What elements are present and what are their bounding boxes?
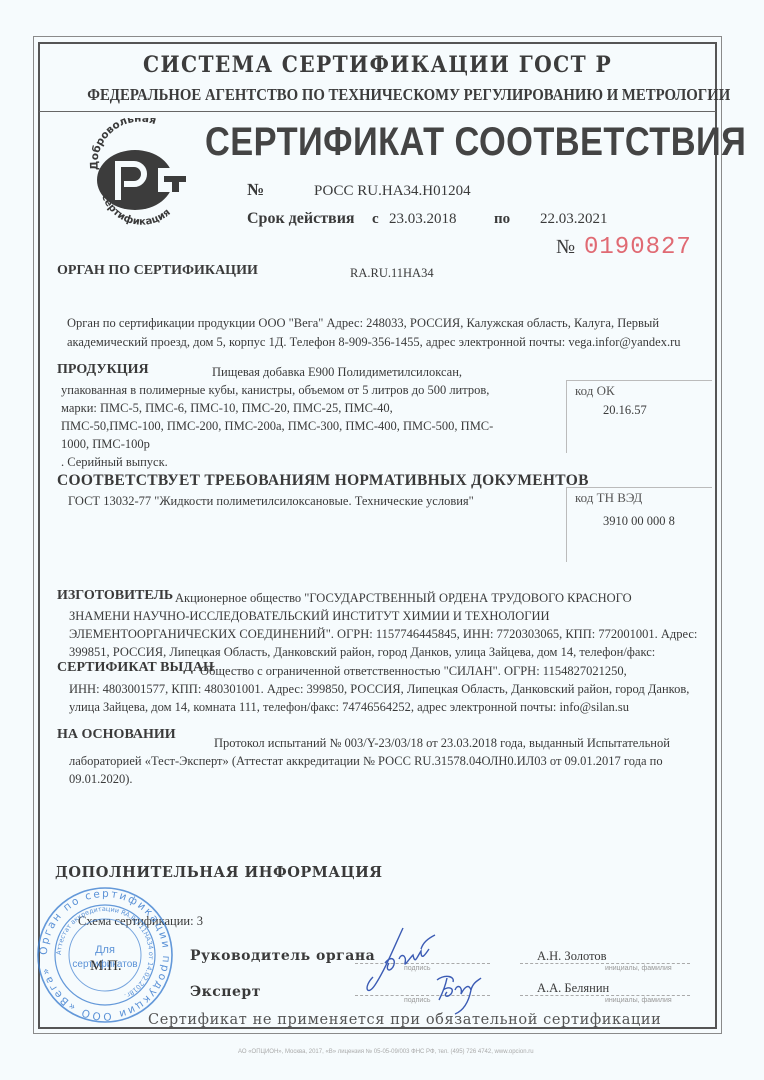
certificate-number: РОСС RU.НА34.Н01204 (314, 183, 471, 200)
compliance-standard: ГОСТ 13032-77 "Жидкости полиметилсилокса… (68, 492, 474, 511)
svg-text:Для: Для (95, 944, 115, 956)
basis-line-3: 09.01.2020). (69, 770, 133, 789)
basis-line-2: лабораторией «Тест-Эксперт» (Аттестат ак… (69, 752, 663, 771)
certification-body-details-2: академический проезд, дом 5, корпус 1Д. … (67, 333, 681, 352)
ok-code-value: 20.16.57 (603, 401, 647, 420)
basis-line-1: Протокол испытаний № 003/Y-23/03/18 от 2… (214, 734, 670, 753)
rst-logo-icon: Добровольная сертификация (80, 118, 200, 228)
ok-code-box: код ОК 20.16.57 (566, 380, 712, 453)
head-name-caption: инициалы, фамилия (605, 965, 672, 972)
certificate-title: СЕРТИФИКАТ СООТВЕТСТВИЯ (205, 120, 746, 165)
header-divider (39, 111, 716, 112)
manufacturer-line-3: ЭЛЕМЕНТООРГАНИЧЕСКИХ СОЕДИНЕНИЙ". ОГРН: … (69, 625, 697, 644)
expert-label: Эксперт (190, 984, 261, 1000)
certification-body-details-1: Орган по сертификации продукции ООО "Вег… (67, 314, 659, 333)
product-line-5: 1000, ПМС-100р (61, 435, 150, 454)
stamp-place-label: М.П. (90, 958, 122, 975)
to-label: по (494, 211, 510, 228)
product-line-3: марки: ПМС-5, ПМС-6, ПМС-10, ПМС-20, ПМС… (61, 399, 393, 418)
valid-to: 22.03.2021 (540, 211, 608, 228)
product-line-4: ПМС-50,ПМС-100, ПМС-200, ПМС-200а, ПМС-3… (61, 417, 493, 436)
basis-heading: НА ОСНОВАНИИ (57, 727, 176, 743)
head-name-line (520, 963, 690, 964)
certification-body-code: RA.RU.11НА34 (350, 264, 434, 283)
product-line-6: . Серийный выпуск. (61, 453, 168, 472)
ok-code-label: код ОК (575, 383, 615, 399)
agency-title: ФЕДЕРАЛЬНОЕ АГЕНТСТВО ПО ТЕХНИЧЕСКОМУ РЕ… (87, 85, 668, 105)
manufacturer-line-1: Акционерное общество "ГОСУДАРСТВЕННЫЙ ОР… (175, 589, 632, 608)
issued-to-line-3: улица Зайцева, дом 14, комната 111, теле… (69, 698, 629, 717)
product-line-2: упакованная в полимерные кубы, канистры,… (61, 381, 489, 400)
system-title: СИСТЕМА СЕРТИФИКАЦИИ ГОСТ Р (67, 52, 688, 78)
head-label: Руководитель органа (190, 948, 375, 964)
number-label: № (247, 180, 264, 200)
product-heading: ПРОДУКЦИЯ (57, 362, 149, 378)
compliance-heading: СООТВЕТСТВУЕТ ТРЕБОВАНИЯМ НОРМАТИВНЫХ ДО… (57, 472, 589, 490)
manufacturer-line-2: ЗНАМЕНИ НАУЧНО-ИССЛЕДОВАТЕЛЬСКИЙ ИНСТИТУ… (69, 607, 550, 626)
validity-label: Срок действия (247, 210, 355, 228)
expert-name-caption: инициалы, фамилия (605, 997, 672, 1004)
notice: Сертификат не применяется при обязательн… (148, 1012, 661, 1028)
product-line-1: Пищевая добавка Е900 Полидиметилсилоксан… (212, 363, 462, 382)
tnved-code-label: код ТН ВЭД (575, 490, 642, 506)
from-label: с (372, 211, 379, 228)
valid-from: 23.03.2018 (389, 211, 457, 228)
form-number-label: № (556, 236, 575, 259)
expert-name-line (520, 995, 690, 996)
certification-body-heading: ОРГАН ПО СЕРТИФИКАЦИИ (57, 263, 258, 279)
issued-to-heading: СЕРТИФИКАТ ВЫДАН (57, 660, 214, 676)
printer-footer: АО «ОПЦИОН», Москва, 2017, «В» лицензия … (238, 1049, 534, 1055)
issued-to-line-1: Общество с ограниченной ответственностью… (200, 662, 627, 681)
issued-to-line-2: ИНН: 4803001577, КПП: 480301001. Адрес: … (69, 680, 689, 699)
tnved-code-box: код ТН ВЭД 3910 00 000 8 (566, 487, 712, 562)
tnved-code-value: 3910 00 000 8 (603, 512, 675, 531)
manufacturer-heading: ИЗГОТОВИТЕЛЬ (57, 588, 173, 604)
stamp-icon: Орган по сертификации продукции ООО «Вег… (35, 885, 175, 1025)
form-number: 0190827 (584, 234, 692, 261)
additional-info-heading: ДОПОЛНИТЕЛЬНАЯ ИНФОРМАЦИЯ (55, 864, 383, 881)
